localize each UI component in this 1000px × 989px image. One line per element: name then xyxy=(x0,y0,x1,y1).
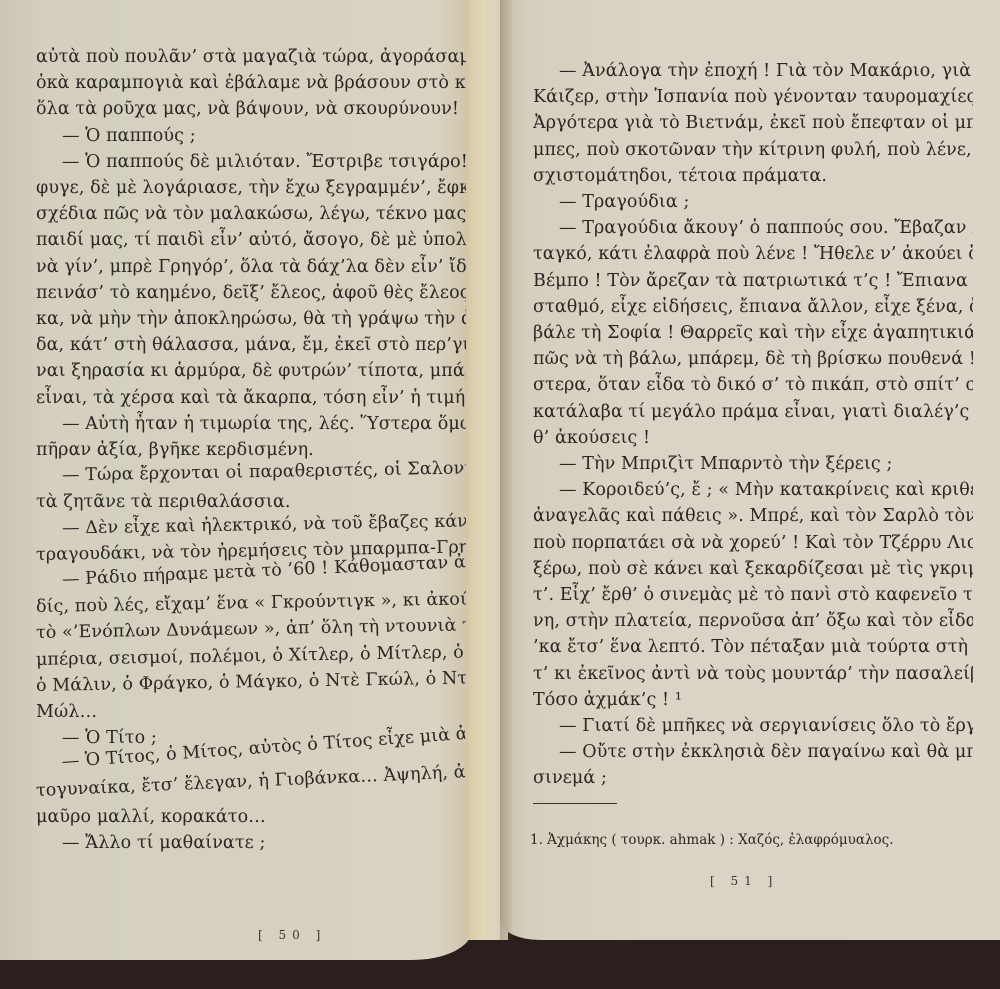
text-line: Τόσο ἀχμάκ’ς ! ¹ xyxy=(533,687,973,713)
left-page: αὐτὰ ποὺ πουλᾶν’ στὰ μαγαζιὰ τώρα, ἀγορά… xyxy=(0,0,472,960)
text-line: — Ὁ παππούς δὲ μιλιόταν. Ἔστριβε τσιγάρο… xyxy=(36,149,466,175)
text-line: μπες, ποὺ σκοτῶναν τὴν κίτρινη φυλή, ποὺ… xyxy=(533,137,973,163)
text-line: σχιστομάτηδοι, τέτοια πράματα. xyxy=(533,163,973,189)
text-line: βάλε τὴ Σοφία ! Θαρρεῖς καὶ τὴν εἶχε ἀγα… xyxy=(533,320,973,346)
text-line: εἶναι, τὰ χέρσα καὶ τὰ ἄκαρπα, τόση εἶν’… xyxy=(36,385,466,411)
text-line: — Ὁ παππούς ; xyxy=(36,123,466,149)
text-line: ξέρω, ποὺ σὲ κάνει καὶ ξεκαρδίζεσαι μὲ τ… xyxy=(533,556,973,582)
text-line: νὰ γίν’, μπρὲ Γρηγόρ’, ὅλα τὰ δάχ’λα δὲν… xyxy=(36,254,466,280)
text-line: ἀναγελᾶς καὶ πάθεις ». Μπρέ, καὶ τὸν Σαρ… xyxy=(533,503,973,529)
text-line: — Ἀνάλογα τὴν ἐποχή ! Γιὰ τὸν Μακάριο, γ… xyxy=(533,58,973,84)
text-line: πῶς νὰ τὴ βάλω, μπάρεμ, δὲ τὴ βρίσκω που… xyxy=(533,346,973,372)
text-line: Βέμπο ! Τὸν ἄρεζαν τὰ πατριωτικά τ’ς ! Ἔ… xyxy=(533,268,973,294)
text-line: — Τραγούδια ; xyxy=(533,189,973,215)
page-number: [ 50 ] xyxy=(258,928,326,942)
footnote: 1. Ἀχμάκης ( τουρκ. ahmak ) : Χαζός, ἐλα… xyxy=(530,832,894,848)
text-line: — Ἄλλο τί μαθαίνατε ; xyxy=(36,830,466,856)
text-line: θ’ ἀκούσεις ! xyxy=(533,425,973,451)
page-number: [ 51 ] xyxy=(710,874,778,888)
text-line: Κάιζερ, στὴν Ἱσπανία ποὺ γένονταν ταυρομ… xyxy=(533,84,973,110)
text-line: στερα, ὅταν εἶδα τὸ δικό σ’ τὸ πικάπ, στ… xyxy=(533,372,973,398)
footnote-divider xyxy=(533,803,617,804)
text-line: παιδί μας, τί παιδὶ εἶν’ αὐτό, ἄσογο, δὲ… xyxy=(36,227,466,253)
text-line: — Τραγούδια ἄκουγ’ ὁ παππούς σου. Ἔβαζαν… xyxy=(533,215,973,241)
text-line: — Κοροιδεύ’ς, ἔ ; « Μὴν κατακρίνεις καὶ … xyxy=(533,477,973,503)
text-line: ναι ξηρασία κι ἁρμύρα, δὲ φυτρών’ τίποτα… xyxy=(36,358,466,384)
text-line: μαῦρο μαλλί, κορακάτο… xyxy=(36,804,466,830)
text-line: ταγκό, κάτι ἐλαφρὰ ποὺ λένε ! Ἤθελε ν’ ἀ… xyxy=(533,241,973,267)
text-line: ποὺ πορπατάει σὰ νὰ χορεύ’ ! Καὶ τὸν Τζέ… xyxy=(533,530,973,556)
right-page-text: — Ἀνάλογα τὴν ἐποχή ! Γιὰ τὸν Μακάριο, γ… xyxy=(533,58,973,792)
text-line: Ἀργότερα γιὰ τὸ Βιετνάμ, ἐκεῖ ποὺ ἔπεφτα… xyxy=(533,110,973,136)
text-line: τ’. Εἶχ’ ἔρθ’ ὁ σινεμὰς μὲ τὸ πανὶ στὸ κ… xyxy=(533,582,973,608)
text-line: πεινάσ’ τὸ καημένο, δεῖξ’ ἔλεος, ἀφοῦ θὲ… xyxy=(36,280,466,306)
text-line: τ’ κι ἐκεῖνος ἀντὶ νὰ τοὺς μουντάρ’ τὴν … xyxy=(533,661,973,687)
text-line: σινεμά ; xyxy=(533,765,973,791)
left-page-text: αὐτὰ ποὺ πουλᾶν’ στὰ μαγαζιὰ τώρα, ἀγορά… xyxy=(36,44,466,856)
text-line: — Τὴν Μπριζὶτ Μπαρντὸ τὴν ξέρεις ; xyxy=(533,451,973,477)
text-line: νη, στὴν πλατεία, περνοῦσα ἀπ’ ὄξω καὶ τ… xyxy=(533,608,973,634)
text-line: ’κα ἔτσ’ ἕνα λεπτό. Τὸν πέταξαν μιὰ τούρ… xyxy=(533,634,973,660)
text-line: — Αὐτὴ ἦταν ἡ τιμωρία της, λές. Ὕστερα ὅ… xyxy=(36,411,466,437)
text-line: αὐτὰ ποὺ πουλᾶν’ στὰ μαγαζιὰ τώρα, ἀγορά… xyxy=(36,44,466,70)
text-line: ὀκὰ καραμπογιὰ καὶ ἐβάλαμε νὰ βράσουν στ… xyxy=(36,70,466,96)
text-line: Μώλ… xyxy=(36,699,466,725)
book-spread: αὐτὰ ποὺ πουλᾶν’ στὰ μαγαζιὰ τώρα, ἀγορά… xyxy=(0,0,1000,989)
text-line: ὅλα τὰ ροῦχα μας, νὰ βάψουν, νὰ σκουρύνο… xyxy=(36,96,466,122)
text-line: δα, κάτ’ στὴ θάλασσα, μάνα, ἔμ, ἐκεῖ στὸ… xyxy=(36,332,466,358)
text-line: σταθμό, εἶχε εἰδήσεις, ἔπιανα ἄλλον, εἶχ… xyxy=(533,294,973,320)
text-line: σχέδια πῶς νὰ τὸν μαλακώσω, λέγω, τέκνο … xyxy=(36,201,466,227)
text-line: φυγε, δὲ μὲ λογάριασε, τὴν ἔχω ξεγραμμέν… xyxy=(36,175,466,201)
right-page: — Ἀνάλογα τὴν ἐποχή ! Γιὰ τὸν Μακάριο, γ… xyxy=(500,0,1000,940)
text-line: — Γιατί δὲ μπῆκες νὰ σεργιανίσεις ὅλο τὸ… xyxy=(533,713,973,739)
text-line: κα, νὰ μὴν τὴν ἀποκληρώσω, θὰ τὴ γράψω τ… xyxy=(36,306,466,332)
text-line: — Οὔτε στὴν ἐκκλησιὰ δὲν παγαίνω καὶ θὰ … xyxy=(533,739,973,765)
text-line: κατάλαβα τί μεγάλο πράμα εἶναι, γιατὶ δι… xyxy=(533,399,973,425)
